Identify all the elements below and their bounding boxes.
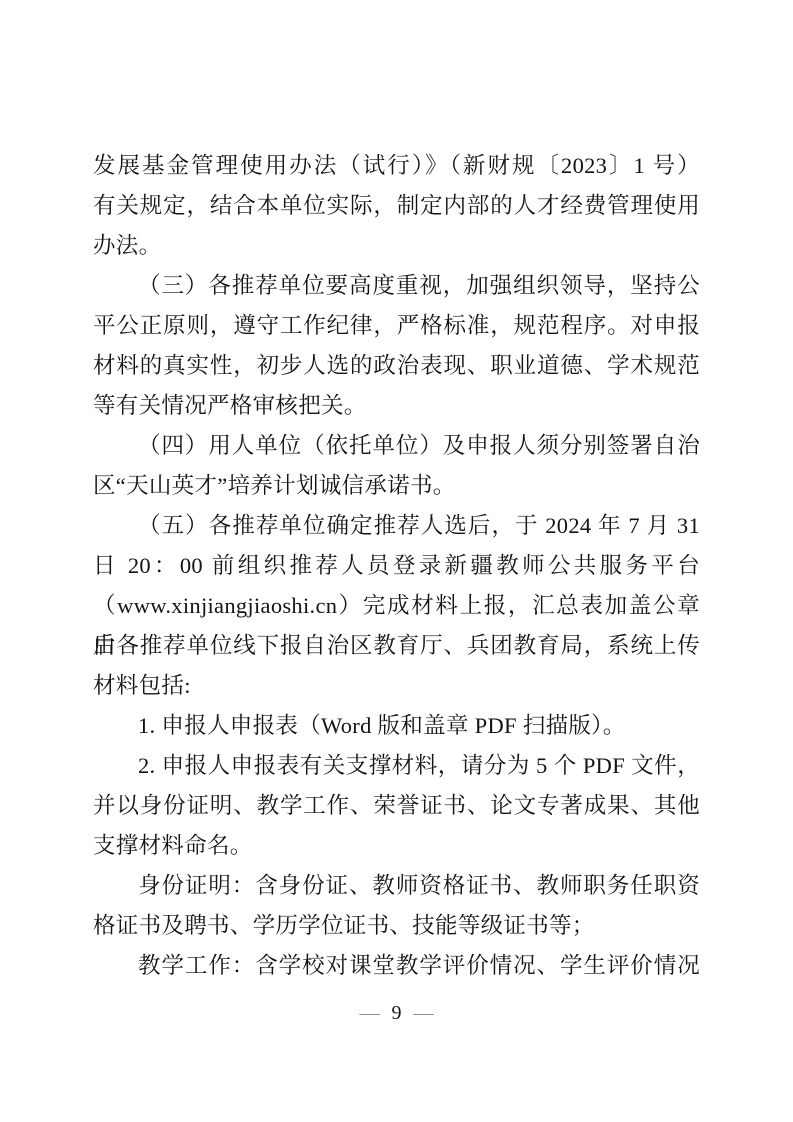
text-line: 办法。: [93, 226, 700, 266]
page-number-footer: —9—: [0, 998, 793, 1028]
text-line: （五）各推荐单位确定推荐人选后，于 2024 年 7 月 31: [93, 506, 700, 546]
text-line: 材料的真实性，初步人选的政治表现、职业道德、学术规范: [93, 346, 700, 386]
footer-left-dash: —: [348, 1002, 392, 1024]
text-line: 2. 申报人申报表有关支撑材料，请分为 5 个 PDF 文件，: [93, 746, 700, 786]
text-line: 教学工作：含学校对课堂教学评价情况、学生评价情况: [93, 946, 700, 986]
text-line: （www.xinjiangjiaoshi.cn）完成材料上报，汇总表加盖公章后: [93, 586, 700, 626]
text-line: 发展基金管理使用办法（试行）》（新财规〔2023〕1 号）: [93, 146, 700, 186]
text-line: 有关规定，结合本单位实际，制定内部的人才经费管理使用: [93, 186, 700, 226]
text-line: （三）各推荐单位要高度重视，加强组织领导，坚持公: [93, 266, 700, 306]
text-line: 格证书及聘书、学历学位证书、技能等级证书等；: [93, 906, 700, 946]
text-line: 由各推荐单位线下报自治区教育厅、兵团教育局，系统上传: [93, 626, 700, 666]
text-line: 平公正原则，遵守工作纪律，严格标准，规范程序。对申报: [93, 306, 700, 346]
text-line: 区“天山英才”培养计划诚信承诺书。: [93, 466, 700, 506]
document-body: 发展基金管理使用办法（试行）》（新财规〔2023〕1 号） 有关规定，结合本单位…: [93, 146, 700, 986]
text-line: 并以身份证明、教学工作、荣誉证书、论文专著成果、其他: [93, 786, 700, 826]
page-number: 9: [392, 1002, 402, 1024]
text-line: （四）用人单位（依托单位）及申报人须分别签署自治: [93, 426, 700, 466]
text-line: 等有关情况严格审核把关。: [93, 386, 700, 426]
text-line: 1. 申报人申报表（Word 版和盖章 PDF 扫描版）。: [93, 706, 700, 746]
footer-right-dash: —: [402, 1002, 446, 1024]
document-page: 发展基金管理使用办法（试行）》（新财规〔2023〕1 号） 有关规定，结合本单位…: [0, 0, 793, 1122]
text-line: 日 20：00 前组织推荐人员登录新疆教师公共服务平台: [93, 546, 700, 586]
text-line: 身份证明：含身份证、教师资格证书、教师职务任职资: [93, 866, 700, 906]
text-line: 材料包括:: [93, 666, 700, 706]
text-line: 支撑材料命名。: [93, 826, 700, 866]
